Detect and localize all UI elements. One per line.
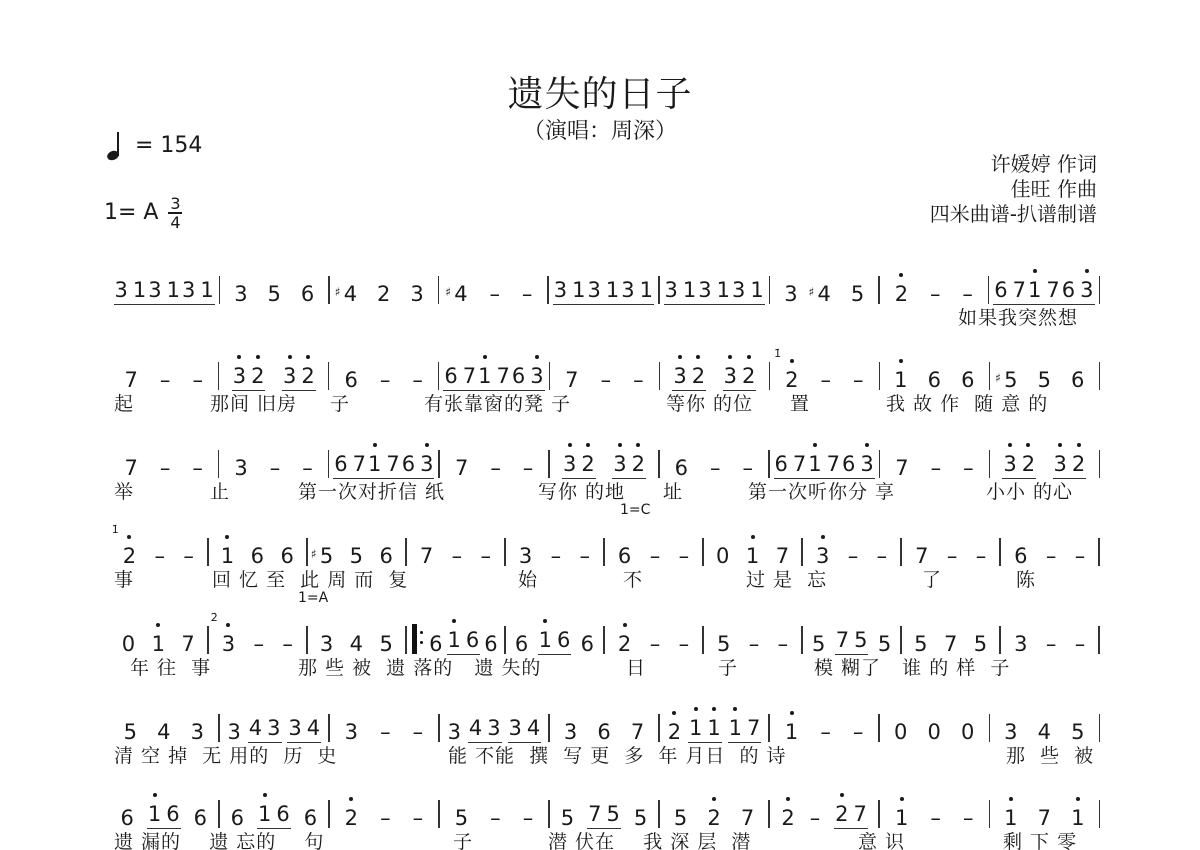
beamed-group: 75: [587, 796, 621, 830]
dash: –: [1045, 538, 1058, 568]
note-digit: 4♯: [344, 282, 357, 306]
octave-dot: [535, 355, 539, 359]
octave-dot: [1033, 269, 1037, 273]
note-digit: 3: [448, 720, 461, 744]
note: 4: [349, 626, 364, 656]
note: 32̇: [221, 626, 236, 656]
note: 1: [639, 272, 654, 302]
measure: 6166: [110, 786, 219, 830]
note: 7: [894, 450, 909, 480]
note-digit: –: [380, 806, 391, 830]
note-digit: 5: [124, 720, 137, 744]
lyric-text: 我 故 作 随 意 的: [886, 392, 1048, 416]
octave-dot: [153, 793, 157, 797]
dash: –: [550, 538, 563, 568]
octave-dot: [840, 793, 844, 797]
note-digit: –: [480, 544, 491, 568]
measure: 3232: [219, 348, 327, 392]
lyric-text: 不: [623, 568, 643, 592]
measure: 2–27: [770, 786, 879, 830]
note: 3: [508, 710, 523, 740]
lyric-text: 子: [330, 392, 350, 416]
note: 1: [571, 272, 586, 302]
barline: [1099, 362, 1101, 390]
octave-dot: [483, 355, 487, 359]
note: 1: [147, 796, 162, 826]
note-digit: 3: [234, 282, 247, 306]
note: 3: [529, 358, 544, 388]
note: 21̇: [122, 538, 137, 568]
note-digit: 7: [181, 632, 194, 656]
note-digit: 3: [554, 278, 567, 302]
staff-line: 7––3––6717637––32326––6717637––3232举止第一次…: [108, 436, 1100, 506]
octave-dot: [712, 797, 716, 801]
note-digit: –: [650, 544, 661, 568]
dash: –: [962, 800, 975, 830]
note: 2: [691, 358, 706, 388]
dash: –: [379, 362, 392, 392]
lyrics-row: 如果我突然想: [108, 306, 1100, 330]
note: 2: [631, 446, 646, 476]
measure: 5755: [550, 786, 659, 830]
note-digit: 6: [166, 802, 179, 826]
note-digit: 3: [784, 282, 797, 306]
note-digit: 7: [386, 452, 399, 476]
octave-dot: [256, 355, 260, 359]
lyric-text: 日: [626, 656, 646, 680]
note: 4: [526, 710, 541, 740]
note-digit: 2: [895, 282, 908, 306]
note: 6: [674, 450, 689, 480]
note-digit: 1: [368, 452, 381, 476]
note: 7: [454, 450, 469, 480]
note-digit: 4: [527, 716, 540, 740]
lyric-text: 有张靠窗的凳 子: [424, 392, 571, 416]
note: 7: [124, 362, 139, 392]
note: 6: [428, 626, 443, 656]
note: 7: [564, 362, 579, 392]
note: 3: [419, 446, 434, 476]
note-digit: 6: [557, 628, 570, 652]
note-digit: 5: [854, 628, 867, 652]
note: 6: [774, 446, 789, 476]
note-digit: –: [1046, 632, 1057, 656]
note-digit: –: [821, 368, 832, 392]
note-digit: 2: [345, 806, 358, 830]
note-digit: –: [413, 720, 424, 744]
beamed-group: 17: [1027, 272, 1061, 306]
note: 5: [716, 626, 731, 656]
note: 3: [190, 714, 205, 744]
note-digit: –: [633, 368, 644, 392]
measure: 2––: [880, 262, 988, 306]
note-digit: 3: [732, 278, 745, 302]
note: 3: [147, 272, 162, 302]
note-digit: 7: [793, 452, 806, 476]
note-digit: 3: [816, 544, 829, 568]
measure: 7––: [407, 524, 505, 568]
note-digit: 3: [320, 632, 333, 656]
note-digit: 7: [776, 544, 789, 568]
measure: 7––: [440, 436, 548, 480]
note-digit: 3: [621, 278, 634, 302]
note-digit: 2: [251, 364, 264, 388]
lyric-text: 那 些 被: [1006, 744, 1094, 768]
octave-dot: [349, 797, 353, 801]
lyric-text: 第一次对折信 纸: [298, 480, 445, 504]
octave-dot: [672, 711, 676, 715]
note-digit: 3: [1080, 278, 1093, 302]
note: 7: [826, 446, 841, 476]
lyric-text: 了: [922, 568, 942, 592]
note: 3: [587, 272, 602, 302]
measure: 000: [880, 700, 989, 744]
dash: –: [191, 450, 204, 480]
note-digit: –: [192, 456, 203, 480]
dash: –: [962, 450, 975, 480]
note: 5: [673, 800, 688, 830]
octave-dot: [288, 355, 292, 359]
measure: 5––: [440, 786, 549, 830]
composer-credit: 佳旺 作曲: [930, 177, 1097, 202]
beamed-group: 31: [731, 272, 765, 306]
note-digit: 2: [707, 806, 720, 830]
note: 7: [746, 710, 761, 740]
note: 0: [927, 714, 942, 744]
lyric-text: 址: [663, 480, 683, 504]
beamed-group: 16: [147, 796, 181, 830]
note-digit: 4♯: [818, 282, 831, 306]
beamed-group: 16: [447, 622, 481, 656]
note-digit: 1: [1028, 278, 1041, 302]
beamed-group: 63: [841, 446, 875, 480]
key-change-label: 1=C: [620, 502, 650, 518]
note: 6: [511, 358, 526, 388]
lyric-text: 始: [518, 568, 538, 592]
note: 3: [344, 714, 359, 744]
note: 1: [894, 800, 909, 830]
measure: 6––: [329, 348, 437, 392]
note-digit: 0: [716, 544, 729, 568]
note-digit: 1: [1071, 806, 1084, 830]
note-digit: 3: [724, 364, 737, 388]
note-digit: 2: [785, 368, 798, 392]
note: 1: [784, 714, 799, 744]
note-digit: –: [853, 720, 864, 744]
note-digit: 3: [1014, 632, 1027, 656]
measure: 4♯––: [439, 262, 547, 306]
tempo-value: = 154: [135, 133, 202, 158]
lyrics-row: 举止第一次对折信 纸写你 的地址第一次听你分 享小小 的心: [108, 480, 1100, 504]
note: 3: [232, 358, 247, 388]
note-digit: –: [192, 368, 203, 392]
measure: 671763: [989, 262, 1098, 306]
note: 1: [682, 272, 697, 302]
grace-note: 1̇: [774, 342, 781, 366]
note-digit: –: [489, 282, 500, 306]
note: 1: [1003, 800, 1018, 830]
note-digit: –: [1046, 544, 1057, 568]
measure: 1––: [770, 700, 879, 744]
note: 3: [1002, 446, 1017, 476]
note: 4♯: [343, 276, 358, 306]
note-digit: 6: [994, 278, 1007, 302]
note-digit: 1: [707, 716, 720, 740]
note-digit: 3: [283, 364, 296, 388]
note-digit: 6: [961, 368, 974, 392]
staff-line: 543343343––34334367211171––000345清 空 掉 无…: [108, 700, 1100, 770]
note-digit: –: [160, 368, 171, 392]
dash: –: [748, 626, 761, 656]
dash: –: [852, 714, 865, 744]
note-digit: 3: [410, 282, 423, 306]
sharp-icon: ♯: [995, 366, 1001, 390]
beamed-group: 32: [723, 358, 757, 392]
note-digit: 3: [288, 716, 301, 740]
dash: –: [412, 714, 425, 744]
octave-dot: [1026, 443, 1030, 447]
measure: 367: [550, 700, 659, 744]
note: 3: [697, 272, 712, 302]
note: 6: [596, 714, 611, 744]
note: 3: [233, 450, 248, 480]
note: 3: [409, 276, 424, 306]
lyric-text: 等你 的位: [666, 392, 753, 416]
note-digit: 3: [564, 720, 577, 744]
note: 1: [1027, 272, 1042, 302]
octave-dot: [696, 355, 700, 359]
octave-dot: [425, 443, 429, 447]
note-digit: 3: [1054, 452, 1067, 476]
dash: –: [632, 362, 645, 392]
note-digit: 6: [597, 720, 610, 744]
note-digit: 6: [429, 632, 442, 656]
measure: 527: [660, 786, 769, 830]
beamed-group: 31: [181, 272, 215, 306]
note-digit: 5♯: [1004, 368, 1017, 392]
octave-dot: [636, 443, 640, 447]
note: 1: [749, 272, 764, 302]
dash: –: [678, 538, 691, 568]
octave-dot: [373, 443, 377, 447]
note: 6: [841, 446, 856, 476]
note: 6: [1013, 538, 1028, 568]
octave-dot: [786, 797, 790, 801]
note: 7: [1045, 272, 1060, 302]
beamed-group: 67: [774, 446, 808, 480]
lyric-text: 止: [210, 480, 230, 504]
beamed-group: 32: [282, 358, 316, 392]
note-digit: 3: [1003, 452, 1016, 476]
note: 3: [815, 538, 830, 568]
note: 7: [180, 626, 195, 656]
note: 2: [1071, 446, 1086, 476]
note-digit: 2: [692, 364, 705, 388]
note-digit: 3: [530, 364, 543, 388]
note: 1: [220, 538, 235, 568]
note: 7: [835, 622, 850, 652]
notes-row: 543343343––34334367211171––000345: [108, 700, 1100, 744]
note-digit: 2: [123, 544, 136, 568]
octave-dot: [678, 355, 682, 359]
measure: 3––: [330, 700, 439, 744]
note: 0: [715, 538, 730, 568]
sharp-icon: ♯: [809, 280, 815, 304]
note-digit: 3: [222, 632, 235, 656]
sharp-icon: ♯: [445, 280, 451, 304]
note-digit: 3: [613, 452, 626, 476]
lyric-text: 潜 伏在 我 深 层 潜: [548, 830, 751, 850]
measure: 3232: [660, 348, 768, 392]
note-digit: –: [412, 368, 423, 392]
octave-dot: [1008, 443, 1012, 447]
key-change-label: 1=A: [298, 590, 328, 606]
note-digit: 3: [234, 456, 247, 480]
dash: –: [946, 538, 959, 568]
dash: –: [489, 450, 502, 480]
note-digit: 1: [746, 544, 759, 568]
beamed-group: 34: [508, 710, 542, 744]
note: 0: [960, 714, 975, 744]
octave-dot: [790, 711, 794, 715]
note: 1: [367, 446, 382, 476]
lyrics-row: 起那间 旧房子有张靠窗的凳 子等你 的位置我 故 作 随 意 的: [108, 392, 1100, 416]
grace-note: 1̇: [112, 518, 119, 542]
note-digit: 7: [895, 456, 908, 480]
dash: –: [852, 362, 865, 392]
note: 6: [401, 446, 416, 476]
note-digit: –: [254, 632, 265, 656]
note-digit: 7: [836, 628, 849, 652]
note: 6: [1061, 272, 1076, 302]
note: 4♯: [817, 276, 832, 306]
dash: –: [379, 800, 392, 830]
note: 6: [333, 446, 348, 476]
note-digit: 6: [512, 364, 525, 388]
lyric-text: 子: [718, 656, 738, 680]
note-digit: 7: [747, 716, 760, 740]
note: 5: [850, 276, 865, 306]
note: 5: [267, 276, 282, 306]
note: 3: [783, 276, 798, 306]
note: 1: [257, 796, 272, 826]
note: 3: [233, 276, 248, 306]
notes-row: 7––32326––6717637––323221̇––1665♯56: [108, 348, 1100, 392]
note-digit: 1: [133, 278, 146, 302]
note-digit: 5: [268, 282, 281, 306]
note-digit: –: [650, 632, 661, 656]
note-digit: 1: [606, 278, 619, 302]
note-digit: 6: [194, 806, 207, 830]
dash: –: [522, 450, 535, 480]
beamed-group: 16: [538, 622, 572, 656]
measure: 6––: [660, 436, 768, 480]
measure: 313131: [549, 262, 658, 306]
beamed-group: 11: [688, 710, 722, 744]
note-digit: 4: [157, 720, 170, 744]
note-digit: 5: [878, 632, 891, 656]
note-digit: –: [154, 544, 165, 568]
note-digit: 7: [915, 544, 928, 568]
note: 3: [1053, 446, 1068, 476]
beamed-group: 31: [147, 272, 181, 306]
dash: –: [1045, 626, 1058, 656]
note: 1: [706, 710, 721, 740]
note: 3: [620, 272, 635, 302]
octave-dot: [694, 707, 698, 711]
beamed-group: 31: [587, 272, 621, 306]
note-digit: 1: [539, 628, 552, 652]
beamed-group: 67: [443, 358, 477, 392]
note-digit: 7: [1046, 278, 1059, 302]
note-digit: –: [749, 632, 760, 656]
note: 2: [344, 800, 359, 830]
note: 7: [943, 626, 958, 656]
measure: 7––: [550, 348, 658, 392]
note: 1: [605, 272, 620, 302]
measure: 3232: [550, 436, 658, 480]
beamed-group: 17: [728, 710, 762, 744]
note-digit: 7: [565, 368, 578, 392]
octave-dot: [127, 535, 131, 539]
tempo-marking: = 154: [107, 130, 202, 160]
lyrics-row: 遗 漏的 遗 忘的 句子潜 伏在 我 深 层 潜意 识剩 下 零: [108, 830, 1100, 850]
note-digit: 0: [928, 720, 941, 744]
measure: 2––: [605, 612, 703, 656]
note-digit: 1: [200, 278, 213, 302]
note-digit: 5: [812, 632, 825, 656]
note-digit: 1: [750, 278, 763, 302]
note: 7: [853, 796, 868, 826]
note-digit: 4: [1038, 720, 1051, 744]
note-digit: 5: [914, 632, 927, 656]
octave-dot: [733, 707, 737, 711]
beamed-group: 32: [232, 358, 266, 392]
beamed-group: 17: [807, 446, 841, 480]
measure: 4♯23: [330, 262, 438, 306]
note-digit: 3: [233, 364, 246, 388]
note-digit: 7: [125, 368, 138, 392]
note: 4: [1037, 714, 1052, 744]
dash: –: [412, 800, 425, 830]
lyric-text: 年 往 事: [130, 656, 211, 680]
note-digit: –: [930, 806, 941, 830]
note: 7: [419, 538, 434, 568]
dash: –: [521, 276, 534, 306]
note: 6: [514, 626, 529, 656]
note-digit: 2: [632, 452, 645, 476]
note: 21̇: [784, 362, 799, 392]
beamed-group: 32: [1002, 446, 1036, 480]
octave-dot: [865, 443, 869, 447]
note: 1: [807, 446, 822, 476]
note: 3: [612, 446, 627, 476]
measure: 6166: [220, 786, 329, 830]
note-digit: 6: [775, 452, 788, 476]
note: 7: [1012, 272, 1027, 302]
note-digit: –: [1075, 632, 1086, 656]
measure: 671763: [439, 348, 548, 392]
octave-dot: [900, 797, 904, 801]
dash: –: [182, 538, 195, 568]
note-digit: 7: [497, 364, 510, 388]
note: 6: [120, 800, 135, 830]
octave-dot: [899, 273, 903, 277]
note: 3: [319, 626, 334, 656]
note-digit: 1: [894, 368, 907, 392]
key-signature: 1= A 3 4: [104, 196, 182, 230]
octave-dot: [452, 619, 456, 623]
